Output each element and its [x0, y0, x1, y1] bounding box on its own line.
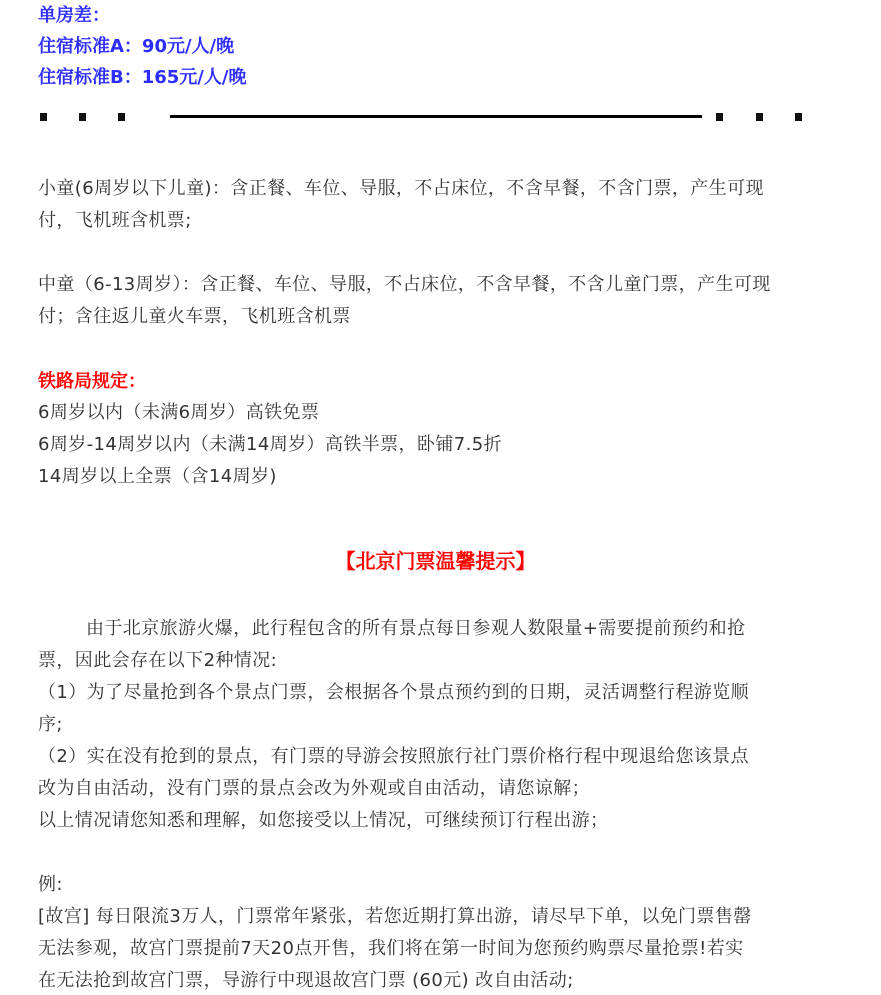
example-line2: 无法参观，故宫门票提前7天20点开售，我们将在第一时间为您预约购票尽量抢票!若实	[38, 933, 744, 965]
divider-square-icon	[79, 113, 86, 121]
room-standard-a: 住宿标准A：90元/人/晚	[38, 31, 234, 63]
ticket-notice-intro-line1: 由于北京旅游火爆，此行程包含的所有景点每日参观人数限量+需要提前预约和抢	[86, 613, 745, 645]
small-child-rule-line2: 付，飞机班含机票;	[38, 205, 192, 237]
ticket-notice-accept: 以上情况请您知悉和理解，如您接受以上情况，可继续预订行程出游；	[38, 805, 608, 837]
divider-square-icon	[756, 113, 763, 121]
middle-child-rule-line1: 中童（6-13周岁）：含正餐、车位、导服，不占床位，不含早餐，不含儿童门票，产生…	[38, 269, 771, 301]
ticket-notice-case1-line2: 序;	[38, 709, 63, 741]
railway-rule: 6周岁-14周岁以内（未满14周岁）高铁半票，卧铺7.5折	[38, 429, 502, 461]
railway-rule: 14周岁以上全票（含14周岁)	[38, 461, 277, 493]
ticket-notice-case2-line1: （2）实在没有抢到的景点，有门票的导游会按照旅行社门票价格行程中现退给您该景点	[38, 741, 749, 773]
divider-square-icon	[795, 113, 802, 121]
divider-square-icon	[118, 113, 125, 121]
ticket-notice-intro-line2: 票，因此会存在以下2种情况:	[38, 645, 277, 677]
railway-heading: 铁路局规定：	[38, 366, 146, 398]
ticket-notice-case2-line2: 改为自由活动，没有门票的景点会改为外观或自由活动，请您谅解；	[38, 773, 590, 805]
divider-square-icon	[40, 113, 47, 121]
ticket-notice-case1-line1: （1）为了尽量抢到各个景点门票，会根据各个景点预约到的日期，灵活调整行程游览顺	[38, 677, 749, 709]
room-standard-b: 住宿标准B：165元/人/晚	[38, 62, 246, 94]
example-line3: 在无法抢到故宫门票，导游行中现退故宫门票 (60元) 改自由活动;	[38, 965, 574, 995]
example-line1: [故宫] 每日限流3万人，门票常年紧张，若您近期打算出游，请尽早下单，以免门票售…	[38, 901, 752, 933]
small-child-rule-line1: 小童(6周岁以下儿童)：含正餐、车位、导服，不占床位，不含早餐，不含门票，产生可…	[38, 173, 764, 205]
railway-rule: 6周岁以内（未满6周岁）高铁免票	[38, 397, 319, 429]
divider-square-icon	[716, 113, 723, 121]
divider-line	[170, 115, 702, 118]
room-supplement-heading: 单房差：	[38, 0, 110, 32]
ticket-notice-title: 【北京门票温馨提示】	[38, 545, 833, 577]
example-label: 例:	[38, 869, 63, 901]
middle-child-rule-line2: 付；含往返儿童火车票，飞机班含机票	[38, 301, 351, 333]
